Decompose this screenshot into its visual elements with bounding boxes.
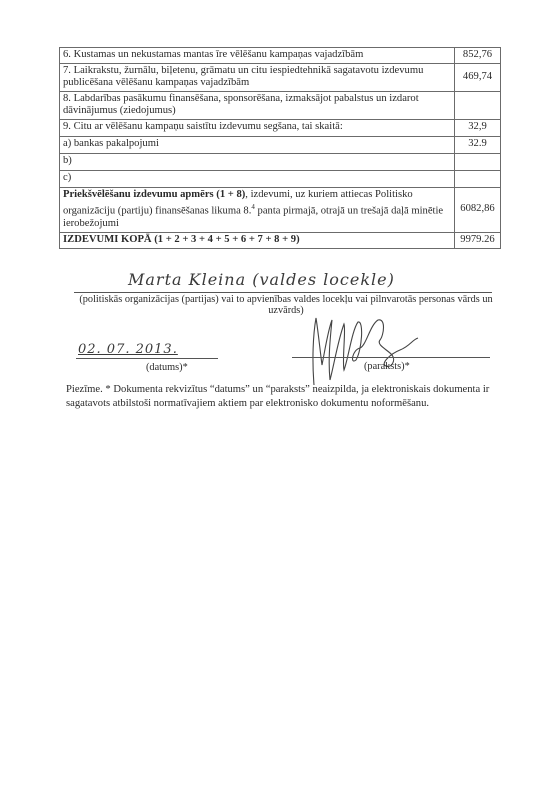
row-label: a) bankas pakalpojumi	[60, 136, 455, 153]
pre-election-label-bold: Priekšvēlēšanu izdevumu apmērs (1 + 8)	[63, 189, 245, 200]
signature-caption: (paraksts)*	[364, 361, 410, 372]
total-row: IZDEVUMI KOPĀ (1 + 2 + 3 + 4 + 5 + 6 + 7…	[60, 232, 501, 248]
table-row: 8. Labdarības pasākumu finansēšana, spon…	[60, 91, 501, 119]
table-row: 9. Citu ar vēlēšanu kampaņu saistītu izd…	[60, 119, 501, 136]
signature-line	[292, 357, 490, 358]
row-label: c)	[60, 170, 455, 187]
row-value	[455, 91, 501, 119]
date-line	[76, 358, 218, 359]
row-label: b)	[60, 153, 455, 170]
total-value: 9979.26	[455, 232, 501, 248]
date-caption: (datums)*	[146, 362, 188, 373]
row-label: 6. Kustamas un nekustamas mantas īre vēl…	[60, 48, 455, 64]
total-label: IZDEVUMI KOPĀ (1 + 2 + 3 + 4 + 5 + 6 + 7…	[60, 232, 455, 248]
handwritten-date: 02. 07. 2013.	[78, 342, 178, 357]
table-row: b)	[60, 153, 501, 170]
table-row: 6. Kustamas un nekustamas mantas īre vēl…	[60, 48, 501, 64]
row-label: 9. Citu ar vēlēšanu kampaņu saistītu izd…	[60, 119, 455, 136]
expenses-table: 6. Kustamas un nekustamas mantas īre vēl…	[59, 47, 501, 249]
pre-election-value: 6082,86	[455, 187, 501, 232]
row-value: 32.9	[455, 136, 501, 153]
handwritten-signature-icon	[300, 310, 470, 390]
row-value: 469,74	[455, 63, 501, 91]
row-value: 32,9	[455, 119, 501, 136]
row-value	[455, 153, 501, 170]
pre-election-label: Priekšvēlēšanu izdevumu apmērs (1 + 8), …	[60, 187, 455, 232]
table-row: c)	[60, 170, 501, 187]
row-value	[455, 170, 501, 187]
row-value: 852,76	[455, 48, 501, 64]
table-row: a) bankas pakalpojumi 32.9	[60, 136, 501, 153]
handwritten-name: Marta Kleina (valdes locekle)	[128, 270, 395, 289]
row-label: 8. Labdarības pasākumu finansēšana, spon…	[60, 91, 455, 119]
table-row: 7. Laikrakstu, žurnālu, biļetenu, grāmat…	[60, 63, 501, 91]
name-line	[74, 292, 492, 293]
footnote: Piezīme. * Dokumenta rekvizītus “datums”…	[66, 383, 506, 411]
row-label: 7. Laikrakstu, žurnālu, biļetenu, grāmat…	[60, 63, 455, 91]
pre-election-row: Priekšvēlēšanu izdevumu apmērs (1 + 8), …	[60, 187, 501, 232]
